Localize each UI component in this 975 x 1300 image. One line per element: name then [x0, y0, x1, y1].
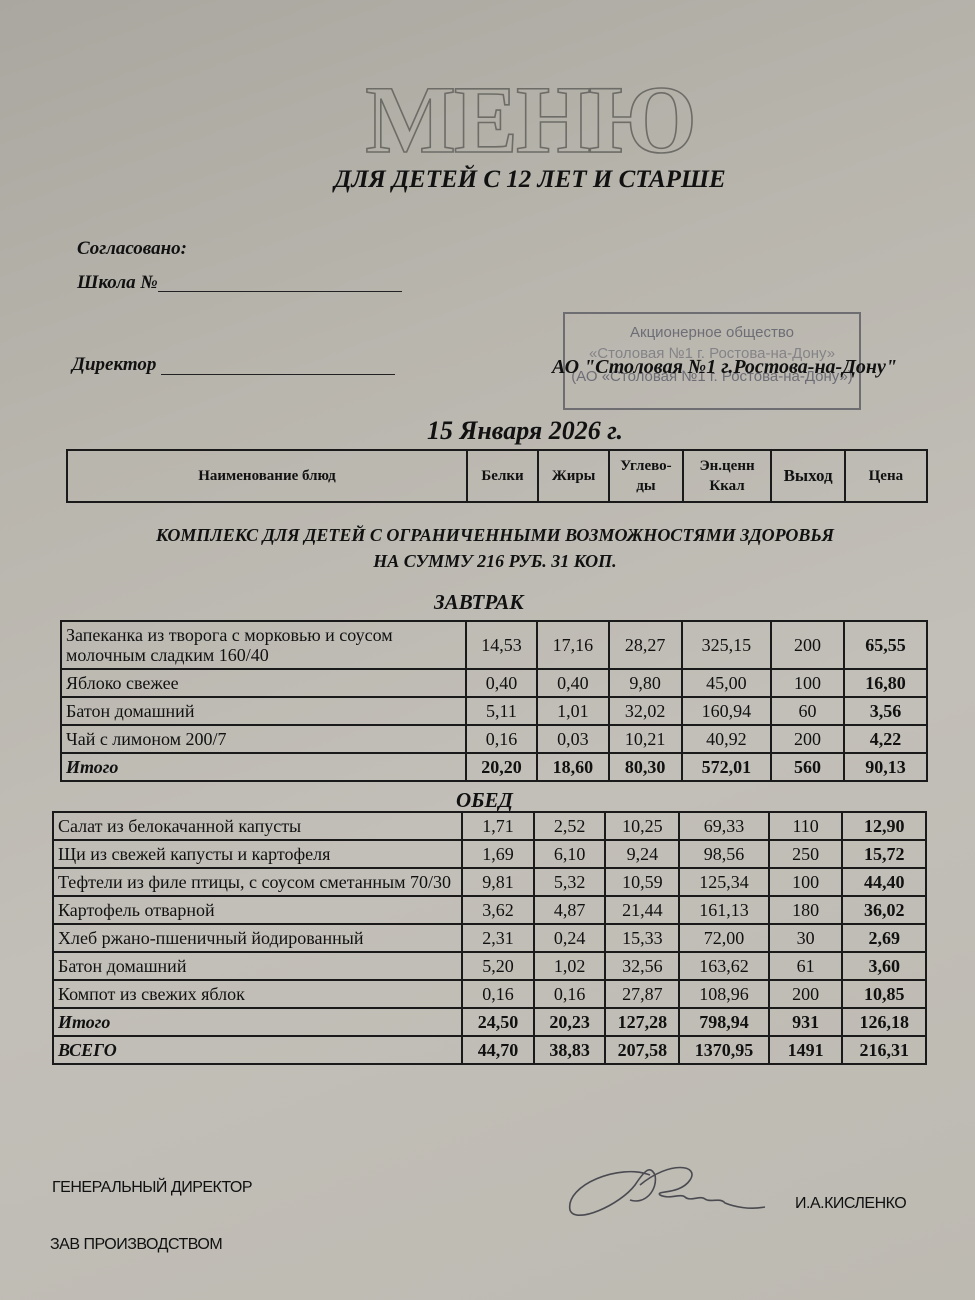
cell-carbs: 9,24 — [605, 840, 679, 868]
cell-fats: 4,87 — [534, 896, 606, 924]
document-subtitle: ДЛЯ ДЕТЕЙ С 12 ЛЕТ И СТАРШЕ — [290, 166, 770, 194]
complex-description: КОМПЛЕКС ДЛЯ ДЕТЕЙ С ОГРАНИЧЕННЫМИ ВОЗМО… — [70, 522, 920, 574]
cell-price: 12,90 — [842, 812, 926, 840]
cell-proteins: 9,81 — [462, 868, 534, 896]
cell-fats: 6,10 — [534, 840, 606, 868]
general-director-name: И.А.КИСЛЕНКО — [795, 1195, 906, 1213]
cell-price: 15,72 — [842, 840, 926, 868]
dish-name: Чай с лимоном 200/7 — [61, 725, 466, 753]
cell-price: 90,13 — [844, 753, 927, 781]
lunch-table: Салат из белокачанной капусты1,712,5210,… — [52, 811, 927, 1065]
organization-name: АО "Столовая №1 г.Ростова-на-Дону" — [552, 356, 897, 379]
cell-energy: 98,56 — [679, 840, 769, 868]
total-row: ВСЕГО44,7038,83207,581370,951491216,31 — [53, 1036, 926, 1064]
cell-carbs: 28,27 — [609, 621, 682, 669]
cell-proteins: 1,71 — [462, 812, 534, 840]
cell-price: 44,40 — [842, 868, 926, 896]
table-row: Яблоко свежее0,400,409,8045,0010016,80 — [61, 669, 927, 697]
cell-energy: 72,00 — [679, 924, 769, 952]
table-row: Хлеб ржано-пшеничный йодированный2,310,2… — [53, 924, 926, 952]
cell-proteins: 44,70 — [462, 1036, 534, 1064]
menu-date: 15 Января 2026 г. — [300, 416, 750, 446]
cell-fats: 0,24 — [534, 924, 606, 952]
cell-fats: 0,03 — [537, 725, 608, 753]
breakfast-table: Запеканка из творога с морковью и соусом… — [60, 620, 928, 782]
agreed-label: Согласовано: — [77, 238, 187, 260]
cell-carbs: 21,44 — [605, 896, 679, 924]
cell-fats: 20,23 — [534, 1008, 606, 1036]
cell-output: 61 — [769, 952, 843, 980]
cell-proteins: 0,16 — [462, 980, 534, 1008]
dish-name: Хлеб ржано-пшеничный йодированный — [53, 924, 462, 952]
cell-proteins: 0,40 — [466, 669, 537, 697]
table-row: Запеканка из творога с морковью и соусом… — [61, 621, 927, 669]
dish-name: Итого — [61, 753, 466, 781]
cell-carbs: 10,59 — [605, 868, 679, 896]
cell-output: 180 — [769, 896, 843, 924]
cell-carbs: 15,33 — [605, 924, 679, 952]
cell-output: 100 — [769, 868, 843, 896]
cell-price: 4,22 — [844, 725, 927, 753]
cell-output: 1491 — [769, 1036, 843, 1064]
cell-energy: 108,96 — [679, 980, 769, 1008]
cell-output: 200 — [771, 725, 844, 753]
cell-energy: 572,01 — [682, 753, 771, 781]
dish-name: Итого — [53, 1008, 462, 1036]
cell-fats: 18,60 — [537, 753, 608, 781]
cell-carbs: 32,56 — [605, 952, 679, 980]
cell-carbs: 27,87 — [605, 980, 679, 1008]
col-output: Выход — [771, 450, 844, 502]
cell-proteins: 20,20 — [466, 753, 537, 781]
table-row: Картофель отварной3,624,8721,44161,13180… — [53, 896, 926, 924]
col-proteins: Белки — [467, 450, 538, 502]
dish-name: Картофель отварной — [53, 896, 462, 924]
cell-carbs: 80,30 — [609, 753, 682, 781]
table-row: Салат из белокачанной капусты1,712,5210,… — [53, 812, 926, 840]
cell-output: 931 — [769, 1008, 843, 1036]
cell-price: 216,31 — [842, 1036, 926, 1064]
cell-proteins: 0,16 — [466, 725, 537, 753]
school-label: Школа № — [77, 272, 158, 294]
cell-price: 3,60 — [842, 952, 926, 980]
general-director-label: ГЕНЕРАЛЬНЫЙ ДИРЕКТОР — [52, 1179, 252, 1197]
cell-energy: 325,15 — [682, 621, 771, 669]
table-row: Компот из свежих яблок0,160,1627,87108,9… — [53, 980, 926, 1008]
col-fats: Жиры — [538, 450, 609, 502]
col-energy: Эн.ценнКкал — [683, 450, 772, 502]
cell-price: 65,55 — [844, 621, 927, 669]
cell-proteins: 5,20 — [462, 952, 534, 980]
cell-price: 16,80 — [844, 669, 927, 697]
cell-energy: 161,13 — [679, 896, 769, 924]
cell-proteins: 1,69 — [462, 840, 534, 868]
dish-name: Батон домашний — [61, 697, 466, 725]
cell-carbs: 9,80 — [609, 669, 682, 697]
dish-name: ВСЕГО — [53, 1036, 462, 1064]
cell-proteins: 14,53 — [466, 621, 537, 669]
cell-price: 2,69 — [842, 924, 926, 952]
dish-name: Яблоко свежее — [61, 669, 466, 697]
cell-fats: 17,16 — [537, 621, 608, 669]
cell-price: 36,02 — [842, 896, 926, 924]
cell-output: 560 — [771, 753, 844, 781]
cell-energy: 798,94 — [679, 1008, 769, 1036]
cell-energy: 40,92 — [682, 725, 771, 753]
document-title: МЕНЮ — [340, 72, 720, 168]
cell-price: 126,18 — [842, 1008, 926, 1036]
cell-output: 110 — [769, 812, 843, 840]
cell-fats: 0,16 — [534, 980, 606, 1008]
cell-energy: 163,62 — [679, 952, 769, 980]
cell-output: 200 — [771, 621, 844, 669]
director-label: Директор — [72, 354, 156, 376]
cell-fats: 1,02 — [534, 952, 606, 980]
cell-carbs: 10,21 — [609, 725, 682, 753]
table-row: Щи из свежей капусты и картофеля1,696,10… — [53, 840, 926, 868]
cell-output: 100 — [771, 669, 844, 697]
dish-name: Запеканка из творога с морковью и соусом… — [61, 621, 466, 669]
cell-energy: 160,94 — [682, 697, 771, 725]
cell-energy: 69,33 — [679, 812, 769, 840]
cell-carbs: 32,02 — [609, 697, 682, 725]
cell-carbs: 127,28 — [605, 1008, 679, 1036]
cell-output: 30 — [769, 924, 843, 952]
table-row: Батон домашний5,111,0132,02160,94603,56 — [61, 697, 927, 725]
signature-icon — [560, 1155, 780, 1230]
col-name: Наименование блюд — [67, 450, 467, 502]
cell-fats: 0,40 — [537, 669, 608, 697]
column-header-table: Наименование блюд Белки Жиры Углево-ды Э… — [66, 449, 928, 503]
table-row: Батон домашний5,201,0232,56163,62613,60 — [53, 952, 926, 980]
dish-name: Тефтели из филе птицы, с соусом сметанны… — [53, 868, 462, 896]
cell-proteins: 5,11 — [466, 697, 537, 725]
cell-output: 200 — [769, 980, 843, 1008]
cell-energy: 1370,95 — [679, 1036, 769, 1064]
dish-name: Салат из белокачанной капусты — [53, 812, 462, 840]
cell-carbs: 10,25 — [605, 812, 679, 840]
cell-price: 3,56 — [844, 697, 927, 725]
cell-proteins: 24,50 — [462, 1008, 534, 1036]
cell-fats: 2,52 — [534, 812, 606, 840]
cell-price: 10,85 — [842, 980, 926, 1008]
cell-fats: 38,83 — [534, 1036, 606, 1064]
col-carbs: Углево-ды — [609, 450, 682, 502]
dish-name: Батон домашний — [53, 952, 462, 980]
cell-proteins: 3,62 — [462, 896, 534, 924]
lunch-title: ОБЕД — [456, 788, 513, 813]
dish-name: Щи из свежей капусты и картофеля — [53, 840, 462, 868]
breakfast-title: ЗАВТРАК — [434, 590, 524, 615]
cell-fats: 1,01 — [537, 697, 608, 725]
col-price: Цена — [845, 450, 927, 502]
total-row: Итого24,5020,23127,28798,94931126,18 — [53, 1008, 926, 1036]
cell-energy: 45,00 — [682, 669, 771, 697]
table-row: Тефтели из филе птицы, с соусом сметанны… — [53, 868, 926, 896]
school-number-field — [158, 291, 402, 292]
cell-output: 60 — [771, 697, 844, 725]
cell-energy: 125,34 — [679, 868, 769, 896]
cell-carbs: 207,58 — [605, 1036, 679, 1064]
production-head-label: ЗАВ ПРОИЗВОДСТВОМ — [50, 1236, 222, 1254]
cell-output: 250 — [769, 840, 843, 868]
stamp-line-1: Акционерное общество — [565, 324, 859, 341]
cell-fats: 5,32 — [534, 868, 606, 896]
dish-name: Компот из свежих яблок — [53, 980, 462, 1008]
cell-proteins: 2,31 — [462, 924, 534, 952]
director-signature-field — [161, 374, 395, 375]
total-row: Итого20,2018,6080,30572,0156090,13 — [61, 753, 927, 781]
table-row: Чай с лимоном 200/70,160,0310,2140,92200… — [61, 725, 927, 753]
